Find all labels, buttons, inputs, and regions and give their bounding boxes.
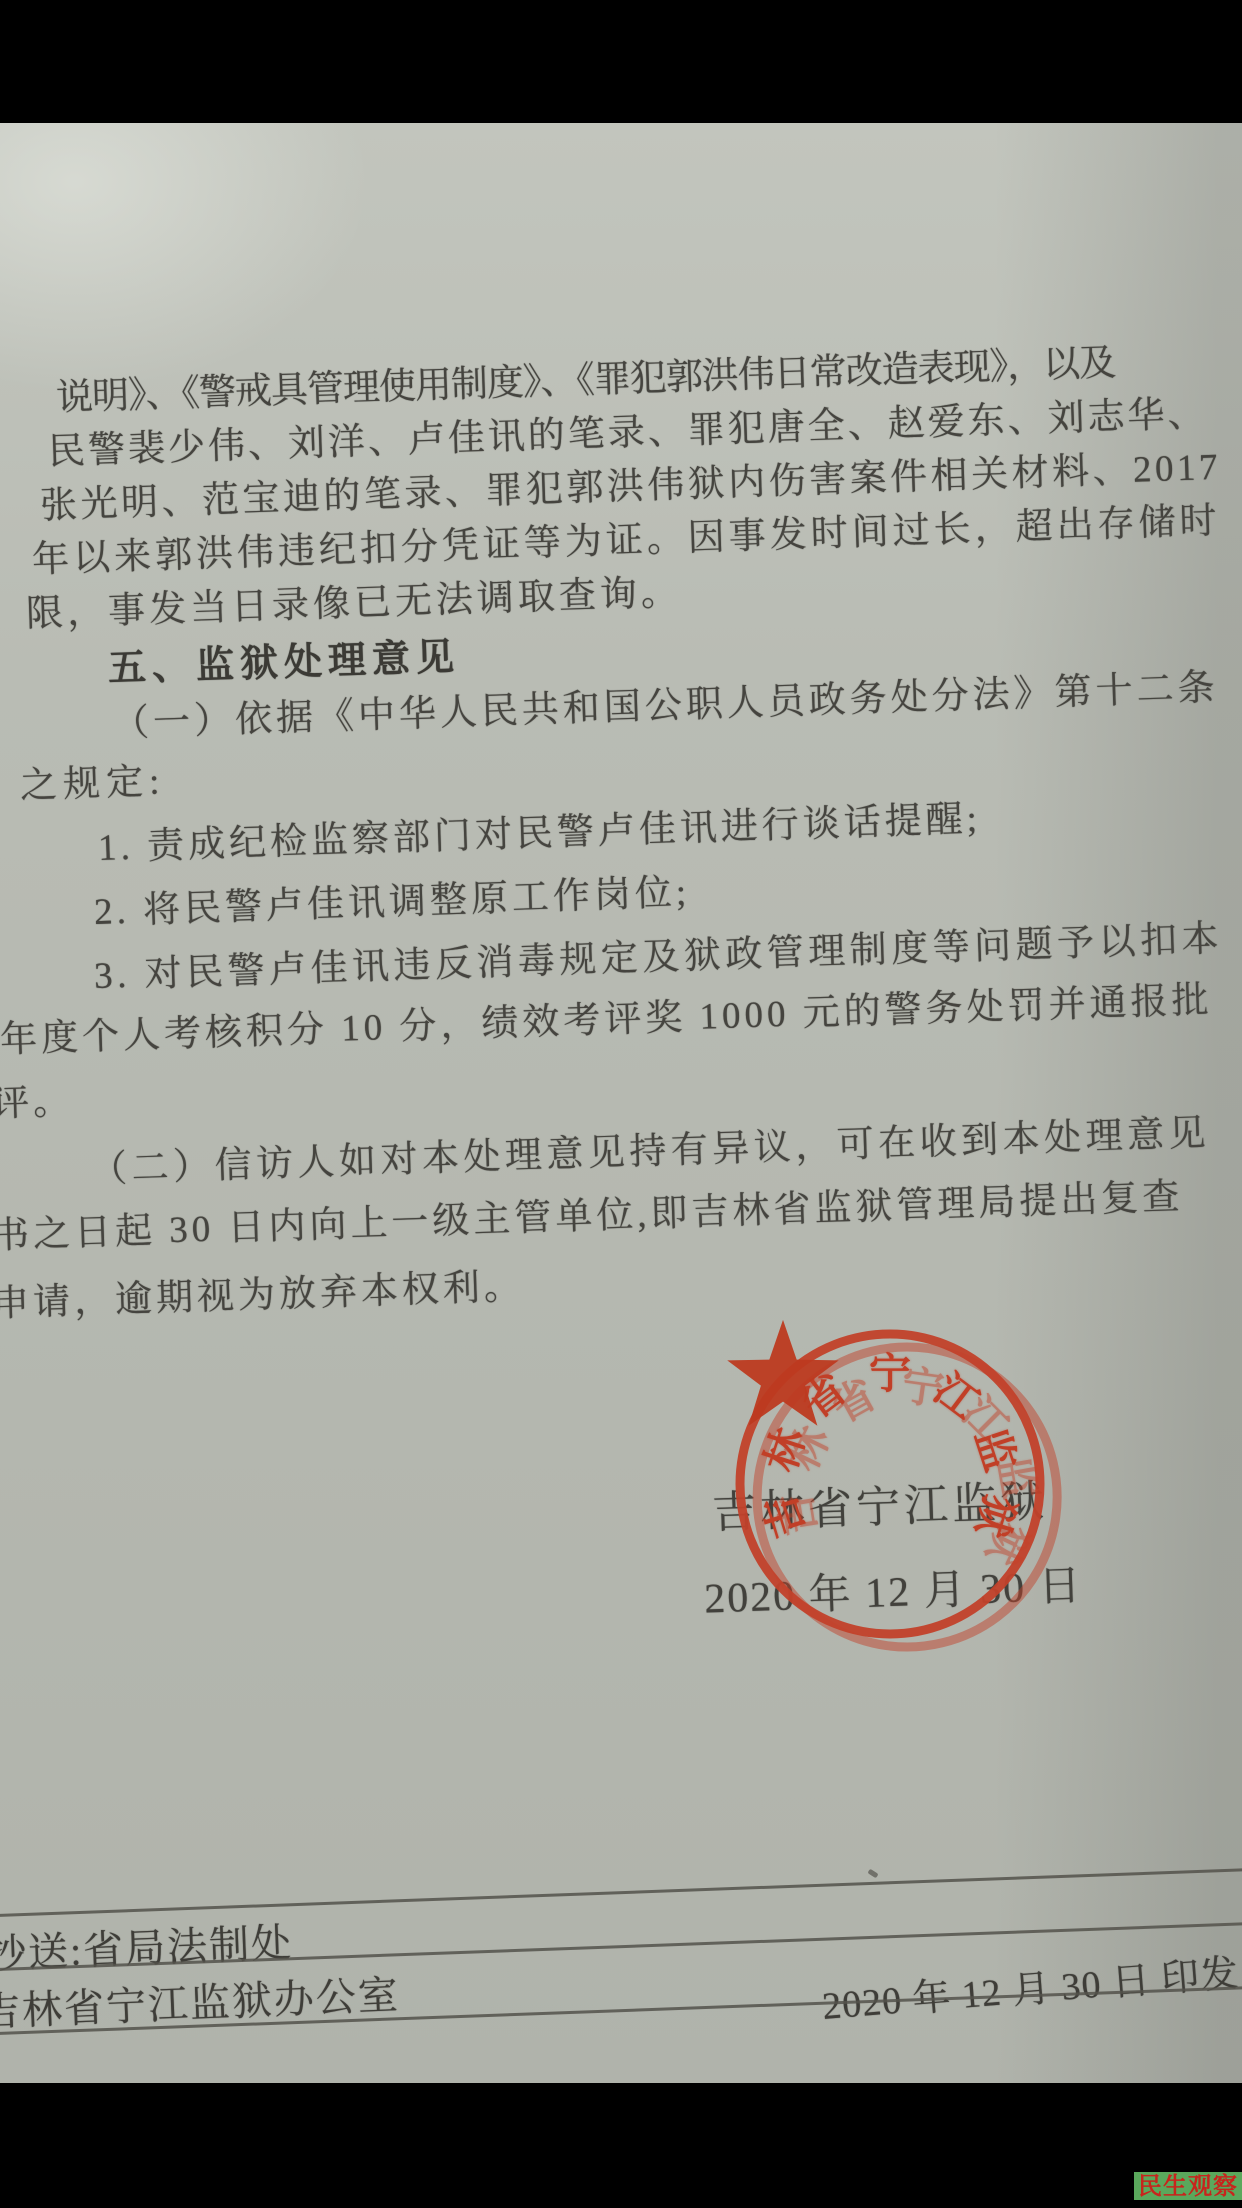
seal-char: 宁 — [869, 1341, 911, 1401]
doc-line: 评。 — [0, 1070, 75, 1127]
letterbox-bottom — [0, 2083, 1242, 2208]
letterbox-top — [0, 0, 1242, 123]
doc-line: 1. 责成纪检监察部门对民警卢佳讯进行谈话提醒; — [97, 788, 982, 871]
document-photo: 说明》、《警戒具管理使用制度》、《罪犯郭洪伟日常改造表现》，以及 民警裴少伟、刘… — [0, 123, 1242, 2083]
doc-line: 申请，逾期视为放弃本权利。 — [0, 1255, 526, 1327]
seal-star-icon — [722, 1315, 844, 1437]
seal-main: 吉 林 省 宁 江 监 狱 — [722, 1315, 1058, 1655]
official-seal: 吉 林 省 宁 江 监 狱 吉 林 省 宁 江 监 狱 — [722, 1315, 1058, 1655]
doc-line: 之规定: — [19, 750, 166, 809]
paper-speck — [867, 1869, 878, 1879]
section-heading: 五、监狱处理意见 — [107, 625, 461, 692]
doc-line: 2. 将民警卢佳讯调整原工作岗位; — [93, 861, 691, 935]
footer-print-date: 2020 年 12 月 30 日 印发 — [820, 1942, 1241, 2030]
watermark-badge: 民生观察 — [1134, 2172, 1242, 2200]
footer-divider — [0, 1867, 1242, 1918]
